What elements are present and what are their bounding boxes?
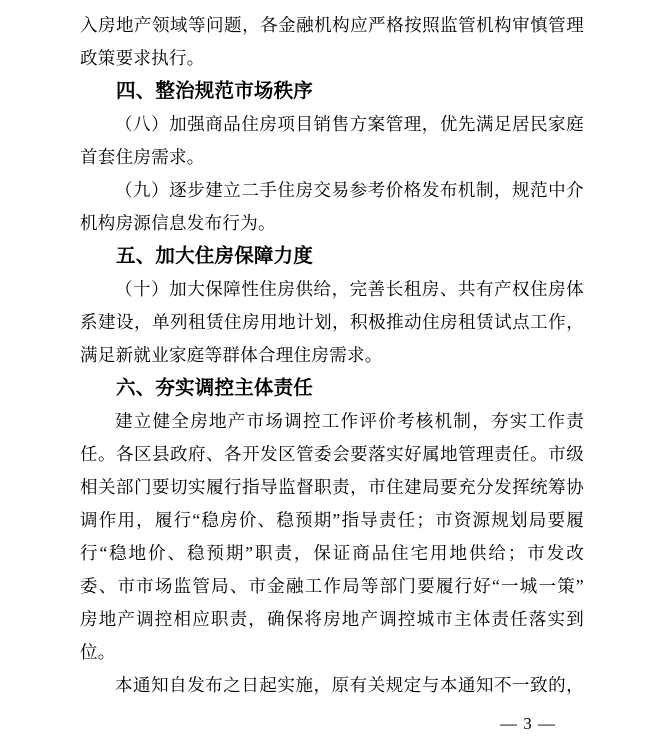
body-line: （九）逐步建立二手住房交易参考价格发布机制，规范中介	[80, 174, 584, 207]
body-line: 任。各区县政府、各开发区管委会要落实好属地管理责任。市级	[80, 438, 584, 471]
document-body: 入房地产领域等问题，各金融机构应严格按照监管机构审慎管理 政策要求执行。 四、整…	[80, 9, 584, 702]
page-number: — 3 —	[500, 711, 556, 737]
body-line: 系建设，单列租赁住房用地计划，积极推动住房租赁试点工作，	[80, 306, 584, 339]
body-line: 行“稳地价、稳预期”职责，保证商品住宅用地供给；市发改	[80, 537, 584, 570]
section-heading-4: 四、整治规范市场秩序	[80, 75, 584, 108]
body-line: 政策要求执行。	[80, 42, 584, 75]
body-line: （十）加大保障性住房供给，完善长租房、共有产权住房体	[80, 273, 584, 306]
body-line: 委、市市场监管局、市金融工作局等部门要履行好“一城一策”	[80, 570, 584, 603]
body-line: （八）加强商品住房项目销售方案管理，优先满足居民家庭	[80, 108, 584, 141]
body-line: 房地产调控相应职责，确保将房地产调控城市主体责任落实到	[80, 603, 584, 636]
body-line: 入房地产领域等问题，各金融机构应严格按照监管机构审慎管理	[80, 9, 584, 42]
body-line: 首套住房需求。	[80, 141, 584, 174]
body-line: 调作用，履行“稳房价、稳预期”指导责任；市资源规划局要履	[80, 504, 584, 537]
body-line: 相关部门要切实履行指导监督职责，市住建局要充分发挥统筹协	[80, 471, 584, 504]
body-line: 本通知自发布之日起实施，原有关规定与本通知不一致的，	[80, 669, 584, 702]
document-page: 入房地产领域等问题，各金融机构应严格按照监管机构审慎管理 政策要求执行。 四、整…	[0, 0, 656, 748]
section-heading-5: 五、加大住房保障力度	[80, 240, 584, 273]
body-line: 建立健全房地产市场调控工作评价考核机制，夯实工作责	[80, 405, 584, 438]
body-line: 位。	[80, 636, 584, 669]
section-heading-6: 六、夯实调控主体责任	[80, 372, 584, 405]
body-line: 机构房源信息发布行为。	[80, 207, 584, 240]
body-line: 满足新就业家庭等群体合理住房需求。	[80, 339, 584, 372]
